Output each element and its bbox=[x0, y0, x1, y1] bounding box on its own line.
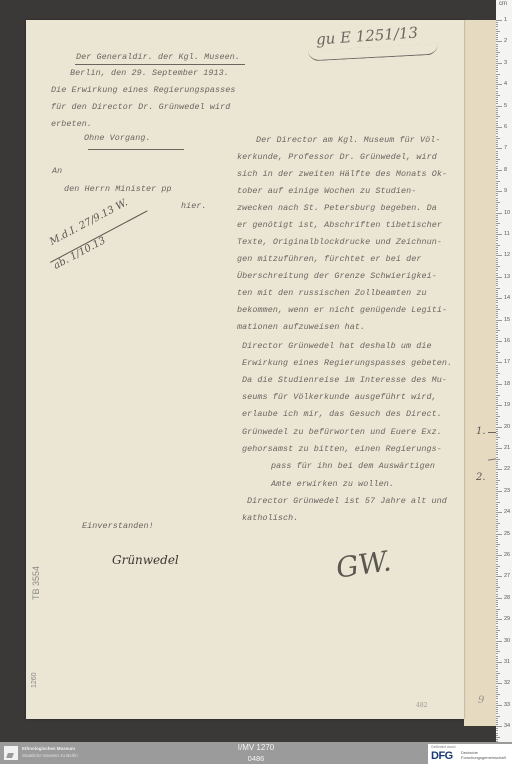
ruler-number: 17 bbox=[504, 359, 510, 365]
ruler-minor-tick bbox=[496, 146, 498, 147]
ruler-minor-tick bbox=[496, 392, 498, 393]
ruler-minor-tick bbox=[496, 223, 500, 224]
ruler-minor-tick bbox=[496, 144, 498, 145]
ruler-minor-tick bbox=[496, 116, 500, 117]
ruler-tick bbox=[496, 448, 502, 449]
ruler-minor-tick bbox=[496, 549, 498, 550]
body-line: mationen aufzuweisen hat. bbox=[237, 322, 365, 332]
ruler-minor-tick bbox=[496, 615, 498, 616]
ruler-minor-tick bbox=[496, 240, 498, 241]
ruler-minor-tick bbox=[496, 609, 500, 610]
body-line: er genötigt ist, Abschriften tibetischer bbox=[237, 220, 442, 230]
ruler-number: 20 bbox=[504, 424, 510, 430]
dfg-logo: Gefördert durch DFG DeutscheForschungsge… bbox=[428, 744, 512, 764]
ruler-tick bbox=[496, 555, 502, 556]
ruler-tick bbox=[496, 213, 502, 214]
ruler-minor-tick bbox=[496, 401, 498, 402]
ruler-minor-tick bbox=[496, 681, 498, 682]
ruler-minor-tick bbox=[496, 594, 498, 595]
ruler-minor-tick bbox=[496, 35, 498, 36]
ruler-minor-tick bbox=[496, 722, 498, 723]
ruler-number: 3 bbox=[504, 60, 507, 66]
ruler-number: 22 bbox=[504, 466, 510, 472]
ruler-tick bbox=[496, 277, 502, 278]
corner-mark: 9 bbox=[478, 695, 484, 706]
ruler-minor-tick bbox=[496, 478, 498, 479]
ruler-minor-tick bbox=[496, 99, 498, 100]
ruler-minor-tick bbox=[496, 459, 500, 460]
ruler-number: 2 bbox=[504, 38, 507, 44]
ruler-minor-tick bbox=[496, 495, 498, 496]
ruler-minor-tick bbox=[496, 67, 498, 68]
ruler-minor-tick bbox=[496, 324, 498, 325]
body-line: Grünwedel zu befürworten und Euere Exz. bbox=[242, 427, 442, 437]
ruler-minor-tick bbox=[496, 245, 500, 246]
ruler-minor-tick bbox=[496, 696, 498, 697]
ruler-minor-tick bbox=[496, 157, 498, 158]
ruler-minor-tick bbox=[496, 446, 498, 447]
ruler-minor-tick bbox=[496, 251, 498, 252]
ruler-minor-tick bbox=[496, 465, 498, 466]
ruler-minor-tick bbox=[496, 358, 498, 359]
ruler-minor-tick bbox=[496, 527, 498, 528]
ruler-minor-tick bbox=[496, 474, 498, 475]
ruler-number: 29 bbox=[504, 616, 510, 622]
ruler-minor-tick bbox=[496, 159, 500, 160]
ruler-tick bbox=[496, 598, 502, 599]
body-line: bekommen, wenn er nicht genügende Legiti… bbox=[237, 305, 447, 315]
ruler-minor-tick bbox=[496, 253, 498, 254]
ruler-minor-tick bbox=[496, 506, 498, 507]
ruler-minor-tick bbox=[496, 347, 498, 348]
funder-label: Gefördert durch bbox=[431, 745, 456, 749]
ruler-minor-tick bbox=[496, 26, 498, 27]
ruler-minor-tick bbox=[496, 677, 498, 678]
ruler-minor-tick bbox=[496, 305, 498, 306]
ruler-tick bbox=[496, 362, 502, 363]
ruler-tick bbox=[496, 191, 502, 192]
ruler-minor-tick bbox=[496, 668, 498, 669]
ruler-tick bbox=[496, 641, 502, 642]
ruler-minor-tick bbox=[496, 414, 498, 415]
ruler-minor-tick bbox=[496, 123, 498, 124]
ruler-minor-tick bbox=[496, 225, 498, 226]
ruler-minor-tick bbox=[496, 97, 498, 98]
ruler-number: 5 bbox=[504, 103, 507, 109]
ruler-minor-tick bbox=[496, 572, 498, 573]
side-stamp: TB 3554 bbox=[31, 566, 41, 600]
ruler-minor-tick bbox=[496, 386, 498, 387]
funder-name-2: Forschungsgemeinschaft bbox=[461, 755, 506, 760]
ruler-minor-tick bbox=[496, 418, 498, 419]
ruler-tick bbox=[496, 41, 502, 42]
ruler-minor-tick bbox=[496, 422, 498, 423]
ruler-tick bbox=[496, 726, 502, 727]
ruler-minor-tick bbox=[496, 37, 498, 38]
ruler-minor-tick bbox=[496, 200, 498, 201]
ruler-minor-tick bbox=[496, 365, 498, 366]
ruler-minor-tick bbox=[496, 292, 498, 293]
ruler-minor-tick bbox=[496, 22, 498, 23]
ruler-number: 7 bbox=[504, 145, 507, 151]
ruler-minor-tick bbox=[496, 236, 498, 237]
ruler-minor-tick bbox=[496, 345, 498, 346]
ruler-minor-tick bbox=[496, 692, 498, 693]
ruler-minor-tick bbox=[496, 215, 498, 216]
ruler-minor-tick bbox=[496, 566, 500, 567]
ruler-minor-tick bbox=[496, 559, 498, 560]
ruler-minor-tick bbox=[496, 589, 498, 590]
ruler-minor-tick bbox=[496, 728, 498, 729]
body-line: Überschreitung der Grenze Schwierigkei- bbox=[237, 271, 437, 281]
ruler-minor-tick bbox=[496, 452, 498, 453]
ruler-minor-tick bbox=[496, 529, 498, 530]
ruler-minor-tick bbox=[496, 74, 500, 75]
ruler-minor-tick bbox=[496, 482, 498, 483]
ruler-minor-tick bbox=[496, 138, 500, 139]
ruler-minor-tick bbox=[496, 429, 498, 430]
ruler-minor-tick bbox=[496, 174, 498, 175]
ruler-minor-tick bbox=[496, 285, 498, 286]
ruler-number: 30 bbox=[504, 638, 510, 644]
ruler-minor-tick bbox=[496, 50, 498, 51]
ruler-minor-tick bbox=[496, 39, 498, 40]
ruler-minor-tick bbox=[496, 48, 498, 49]
ruler-minor-tick bbox=[496, 450, 498, 451]
ruler-minor-tick bbox=[496, 675, 498, 676]
ruler-minor-tick bbox=[496, 701, 498, 702]
ruler-minor-tick bbox=[496, 93, 498, 94]
ruler-number: 26 bbox=[504, 552, 510, 558]
ruler-number: 27 bbox=[504, 573, 510, 579]
ruler-number: 23 bbox=[504, 488, 510, 494]
ruler-minor-tick bbox=[496, 574, 498, 575]
ruler-minor-tick bbox=[496, 264, 498, 265]
ruler-tick bbox=[496, 127, 502, 128]
ruler-minor-tick bbox=[496, 730, 498, 731]
body-line: sich in der zweiten Hälfte des Monats Ok… bbox=[237, 169, 447, 179]
ruler-number: 9 bbox=[504, 188, 507, 194]
ruler-minor-tick bbox=[496, 337, 498, 338]
ruler-minor-tick bbox=[496, 266, 500, 267]
ruler-minor-tick bbox=[496, 510, 498, 511]
ruler-minor-tick bbox=[496, 557, 498, 558]
consent-signature: Grünwedel bbox=[112, 553, 179, 567]
ruler-minor-tick bbox=[496, 204, 498, 205]
ruler-minor-tick bbox=[496, 628, 498, 629]
ruler-minor-tick bbox=[496, 322, 498, 323]
ruler-minor-tick bbox=[496, 653, 498, 654]
body-line: tober auf einige Wochen zu Studien- bbox=[237, 186, 416, 196]
ruler-number: 28 bbox=[504, 595, 510, 601]
ruler-minor-tick bbox=[496, 103, 498, 104]
ruler-minor-tick bbox=[496, 630, 500, 631]
consent-text: Einverstanden! bbox=[82, 521, 154, 531]
ruler-minor-tick bbox=[496, 617, 498, 618]
ruler-minor-tick bbox=[496, 525, 498, 526]
ruler-minor-tick bbox=[496, 313, 498, 314]
ruler-minor-tick bbox=[496, 268, 498, 269]
ruler-minor-tick bbox=[496, 118, 498, 119]
ruler-minor-tick bbox=[496, 140, 498, 141]
ruler-tick bbox=[496, 84, 502, 85]
ruler-tick bbox=[496, 405, 502, 406]
body-line: Texte, Originalblockdrucke und Zeichnun- bbox=[237, 237, 442, 247]
ruler-minor-tick bbox=[496, 463, 498, 464]
ruler-minor-tick bbox=[496, 542, 498, 543]
dfg-mark: DFG bbox=[431, 750, 453, 762]
ruler-minor-tick bbox=[496, 142, 498, 143]
ruler-tick bbox=[496, 384, 502, 385]
ruler-minor-tick bbox=[496, 296, 498, 297]
ruler-number: 21 bbox=[504, 445, 510, 451]
body-line: gehorsamst zu bitten, einen Regierungs- bbox=[242, 444, 442, 454]
ruler-minor-tick bbox=[496, 330, 500, 331]
ruler-number: 32 bbox=[504, 680, 510, 686]
ruler-minor-tick bbox=[496, 660, 498, 661]
page-folio: 482 bbox=[416, 702, 427, 709]
ruler-minor-tick bbox=[496, 673, 500, 674]
ruler-minor-tick bbox=[496, 579, 498, 580]
addressee-to: An bbox=[52, 166, 62, 176]
ruler-minor-tick bbox=[496, 326, 498, 327]
ruler-minor-tick bbox=[496, 339, 498, 340]
body-line: Director Grünwedel hat deshalb um die bbox=[242, 341, 432, 351]
ruler-minor-tick bbox=[496, 163, 498, 164]
ruler-minor-tick bbox=[496, 480, 500, 481]
ruler-minor-tick bbox=[496, 279, 498, 280]
ruler-number: 25 bbox=[504, 531, 510, 537]
ruler-minor-tick bbox=[496, 382, 498, 383]
ruler-minor-tick bbox=[496, 153, 498, 154]
ruler-minor-tick bbox=[496, 56, 498, 57]
ruler-minor-tick bbox=[496, 442, 498, 443]
ruler-minor-tick bbox=[496, 551, 498, 552]
ruler-minor-tick bbox=[496, 371, 498, 372]
ruler-minor-tick bbox=[496, 703, 498, 704]
ruler-minor-tick bbox=[496, 198, 498, 199]
margin-mark-2: 2. bbox=[476, 472, 486, 483]
ruler-minor-tick bbox=[496, 523, 500, 524]
ruler-minor-tick bbox=[496, 531, 498, 532]
ruler-number: 15 bbox=[504, 317, 510, 323]
ruler-tick bbox=[496, 534, 502, 535]
ruler-minor-tick bbox=[496, 373, 500, 374]
ruler-minor-tick bbox=[496, 335, 498, 336]
addressee-location: hier. bbox=[181, 201, 207, 211]
ruler-minor-tick bbox=[496, 290, 498, 291]
ruler-minor-tick bbox=[496, 151, 498, 152]
ruler-minor-tick bbox=[496, 249, 498, 250]
ruler-minor-tick bbox=[496, 91, 498, 92]
ruler-minor-tick bbox=[496, 356, 498, 357]
ruler-minor-tick bbox=[496, 596, 498, 597]
ruler-minor-tick bbox=[496, 499, 498, 500]
ruler-minor-tick bbox=[496, 536, 498, 537]
ruler-minor-tick bbox=[496, 658, 498, 659]
ruler-tick bbox=[496, 427, 502, 428]
ruler-number: 31 bbox=[504, 659, 510, 665]
ruler-minor-tick bbox=[496, 487, 498, 488]
body-line: seums für Völkerkunde ausgeführt wird, bbox=[242, 392, 437, 402]
ruler-minor-tick bbox=[496, 583, 498, 584]
ruler-minor-tick bbox=[496, 656, 498, 657]
ruler-minor-tick bbox=[496, 380, 498, 381]
ruler-minor-tick bbox=[496, 632, 498, 633]
ruler-minor-tick bbox=[496, 71, 498, 72]
ruler-minor-tick bbox=[496, 399, 498, 400]
ruler-minor-tick bbox=[496, 283, 498, 284]
ruler-minor-tick bbox=[496, 219, 498, 220]
ruler-number: 19 bbox=[504, 402, 510, 408]
ruler-minor-tick bbox=[496, 59, 498, 60]
ruler-minor-tick bbox=[496, 332, 498, 333]
margin-dash-1 bbox=[488, 432, 496, 433]
ruler-minor-tick bbox=[496, 431, 498, 432]
margin-mark-1: 1. bbox=[476, 426, 486, 437]
ruler-tick bbox=[496, 63, 502, 64]
ohne-vorgang: Ohne Vorgang. bbox=[84, 133, 151, 143]
ruler-minor-tick bbox=[496, 737, 500, 738]
ruler-minor-tick bbox=[496, 638, 498, 639]
ruler-minor-tick bbox=[496, 230, 498, 231]
sender-line: Der Generaldir. der Kgl. Museen. bbox=[76, 52, 240, 62]
ruler-minor-tick bbox=[496, 686, 498, 687]
ruler-minor-tick bbox=[496, 273, 498, 274]
ruler-minor-tick bbox=[496, 369, 498, 370]
ruler-minor-tick bbox=[496, 643, 498, 644]
paper-edge bbox=[464, 20, 496, 726]
ruler-minor-tick bbox=[496, 461, 498, 462]
ruler-minor-tick bbox=[496, 24, 498, 25]
ruler-minor-tick bbox=[496, 581, 498, 582]
ruler-minor-tick bbox=[496, 502, 500, 503]
ruler-minor-tick bbox=[496, 651, 500, 652]
ruler-minor-tick bbox=[496, 739, 498, 740]
ruler-tick bbox=[496, 662, 502, 663]
ruler-minor-tick bbox=[496, 585, 498, 586]
ruler-number: 18 bbox=[504, 381, 510, 387]
ruler-minor-tick bbox=[496, 454, 498, 455]
ruler-minor-tick bbox=[496, 258, 498, 259]
ruler-minor-tick bbox=[496, 275, 498, 276]
ruler-minor-tick bbox=[496, 125, 498, 126]
body-line: gen mitzuführen, fürchtet er bei der bbox=[237, 254, 422, 264]
ruler-minor-tick bbox=[496, 247, 498, 248]
ruler-minor-tick bbox=[496, 508, 498, 509]
ruler-minor-tick bbox=[496, 407, 498, 408]
ruler-minor-tick bbox=[496, 570, 498, 571]
ruler-minor-tick bbox=[496, 350, 498, 351]
ruler-minor-tick bbox=[496, 395, 500, 396]
ruler-minor-tick bbox=[496, 76, 498, 77]
ruler-minor-tick bbox=[496, 95, 500, 96]
ruler-minor-tick bbox=[496, 232, 498, 233]
ruler-tick bbox=[496, 619, 502, 620]
ruler-minor-tick bbox=[496, 504, 498, 505]
ruler-minor-tick bbox=[496, 439, 498, 440]
subject-line-1: Die Erwirkung eines Regierungspasses bbox=[51, 85, 236, 95]
ruler-minor-tick bbox=[496, 343, 498, 344]
ruler-minor-tick bbox=[496, 243, 498, 244]
ruler-minor-tick bbox=[496, 221, 498, 222]
place-date: Berlin, den 29. September 1913. bbox=[70, 68, 229, 78]
ruler-minor-tick bbox=[496, 720, 498, 721]
ruler-number: 16 bbox=[504, 338, 510, 344]
ruler-minor-tick bbox=[496, 647, 498, 648]
ruler-minor-tick bbox=[496, 78, 498, 79]
ruler-minor-tick bbox=[496, 493, 498, 494]
ruler-minor-tick bbox=[496, 360, 498, 361]
ruler-minor-tick bbox=[496, 467, 498, 468]
ruler-minor-tick bbox=[496, 121, 498, 122]
ruler-minor-tick bbox=[496, 317, 498, 318]
ruler-number: 4 bbox=[504, 81, 507, 87]
ruler-minor-tick bbox=[496, 33, 498, 34]
ruler-minor-tick bbox=[496, 435, 498, 436]
ruler-minor-tick bbox=[496, 521, 498, 522]
ruler-tick bbox=[496, 683, 502, 684]
ruler-minor-tick bbox=[496, 294, 498, 295]
body-line: pass für ihn bei dem Auswärtigen bbox=[271, 461, 435, 471]
ruler-minor-tick bbox=[496, 679, 498, 680]
ruler-minor-tick bbox=[496, 735, 498, 736]
body-line: kerkunde, Professor Dr. Grünwedel, wird bbox=[237, 152, 437, 162]
ruler-tick bbox=[496, 234, 502, 235]
ruler-minor-tick bbox=[496, 688, 498, 689]
ruler-minor-tick bbox=[496, 189, 498, 190]
body-line: Der Director am Kgl. Museum für Völ- bbox=[256, 135, 441, 145]
ruler-minor-tick bbox=[496, 724, 498, 725]
ruler-minor-tick bbox=[496, 367, 498, 368]
ruler-minor-tick bbox=[496, 514, 498, 515]
ruler-minor-tick bbox=[496, 133, 498, 134]
ruler-minor-tick bbox=[496, 711, 498, 712]
ruler-minor-tick bbox=[496, 309, 500, 310]
subject-line-2: für den Director Dr. Grünwedel wird bbox=[51, 102, 230, 112]
ruler-minor-tick bbox=[496, 489, 498, 490]
ruler-minor-tick bbox=[496, 112, 498, 113]
ruler-minor-tick bbox=[496, 412, 498, 413]
ruler-tick bbox=[496, 320, 502, 321]
body-line: Director Grünwedel ist 57 Jahre alt und bbox=[247, 496, 447, 506]
ruler-minor-tick bbox=[496, 540, 498, 541]
ruler-minor-tick bbox=[496, 181, 500, 182]
ruler-minor-tick bbox=[496, 484, 498, 485]
body-line: katholisch. bbox=[242, 513, 298, 523]
ruler-minor-tick bbox=[496, 129, 498, 130]
ruler-minor-tick bbox=[496, 206, 498, 207]
ruler-minor-tick bbox=[496, 377, 498, 378]
ruler-minor-tick bbox=[496, 202, 500, 203]
ruler-minor-tick bbox=[496, 114, 498, 115]
ruler-minor-tick bbox=[496, 281, 498, 282]
ruler-minor-tick bbox=[496, 69, 498, 70]
ruler-minor-tick bbox=[496, 666, 498, 667]
ruler-minor-tick bbox=[496, 472, 498, 473]
ruler-minor-tick bbox=[496, 709, 498, 710]
ruler-minor-tick bbox=[496, 604, 498, 605]
ruler-minor-tick bbox=[496, 86, 498, 87]
ruler-minor-tick bbox=[496, 61, 498, 62]
ruler-minor-tick bbox=[496, 288, 500, 289]
ruler-minor-tick bbox=[496, 315, 498, 316]
ruler-minor-tick bbox=[496, 600, 498, 601]
ruler-tick bbox=[496, 170, 502, 171]
ruler-minor-tick bbox=[496, 716, 500, 717]
ruler-minor-tick bbox=[496, 29, 498, 30]
ruler-minor-tick bbox=[496, 300, 498, 301]
